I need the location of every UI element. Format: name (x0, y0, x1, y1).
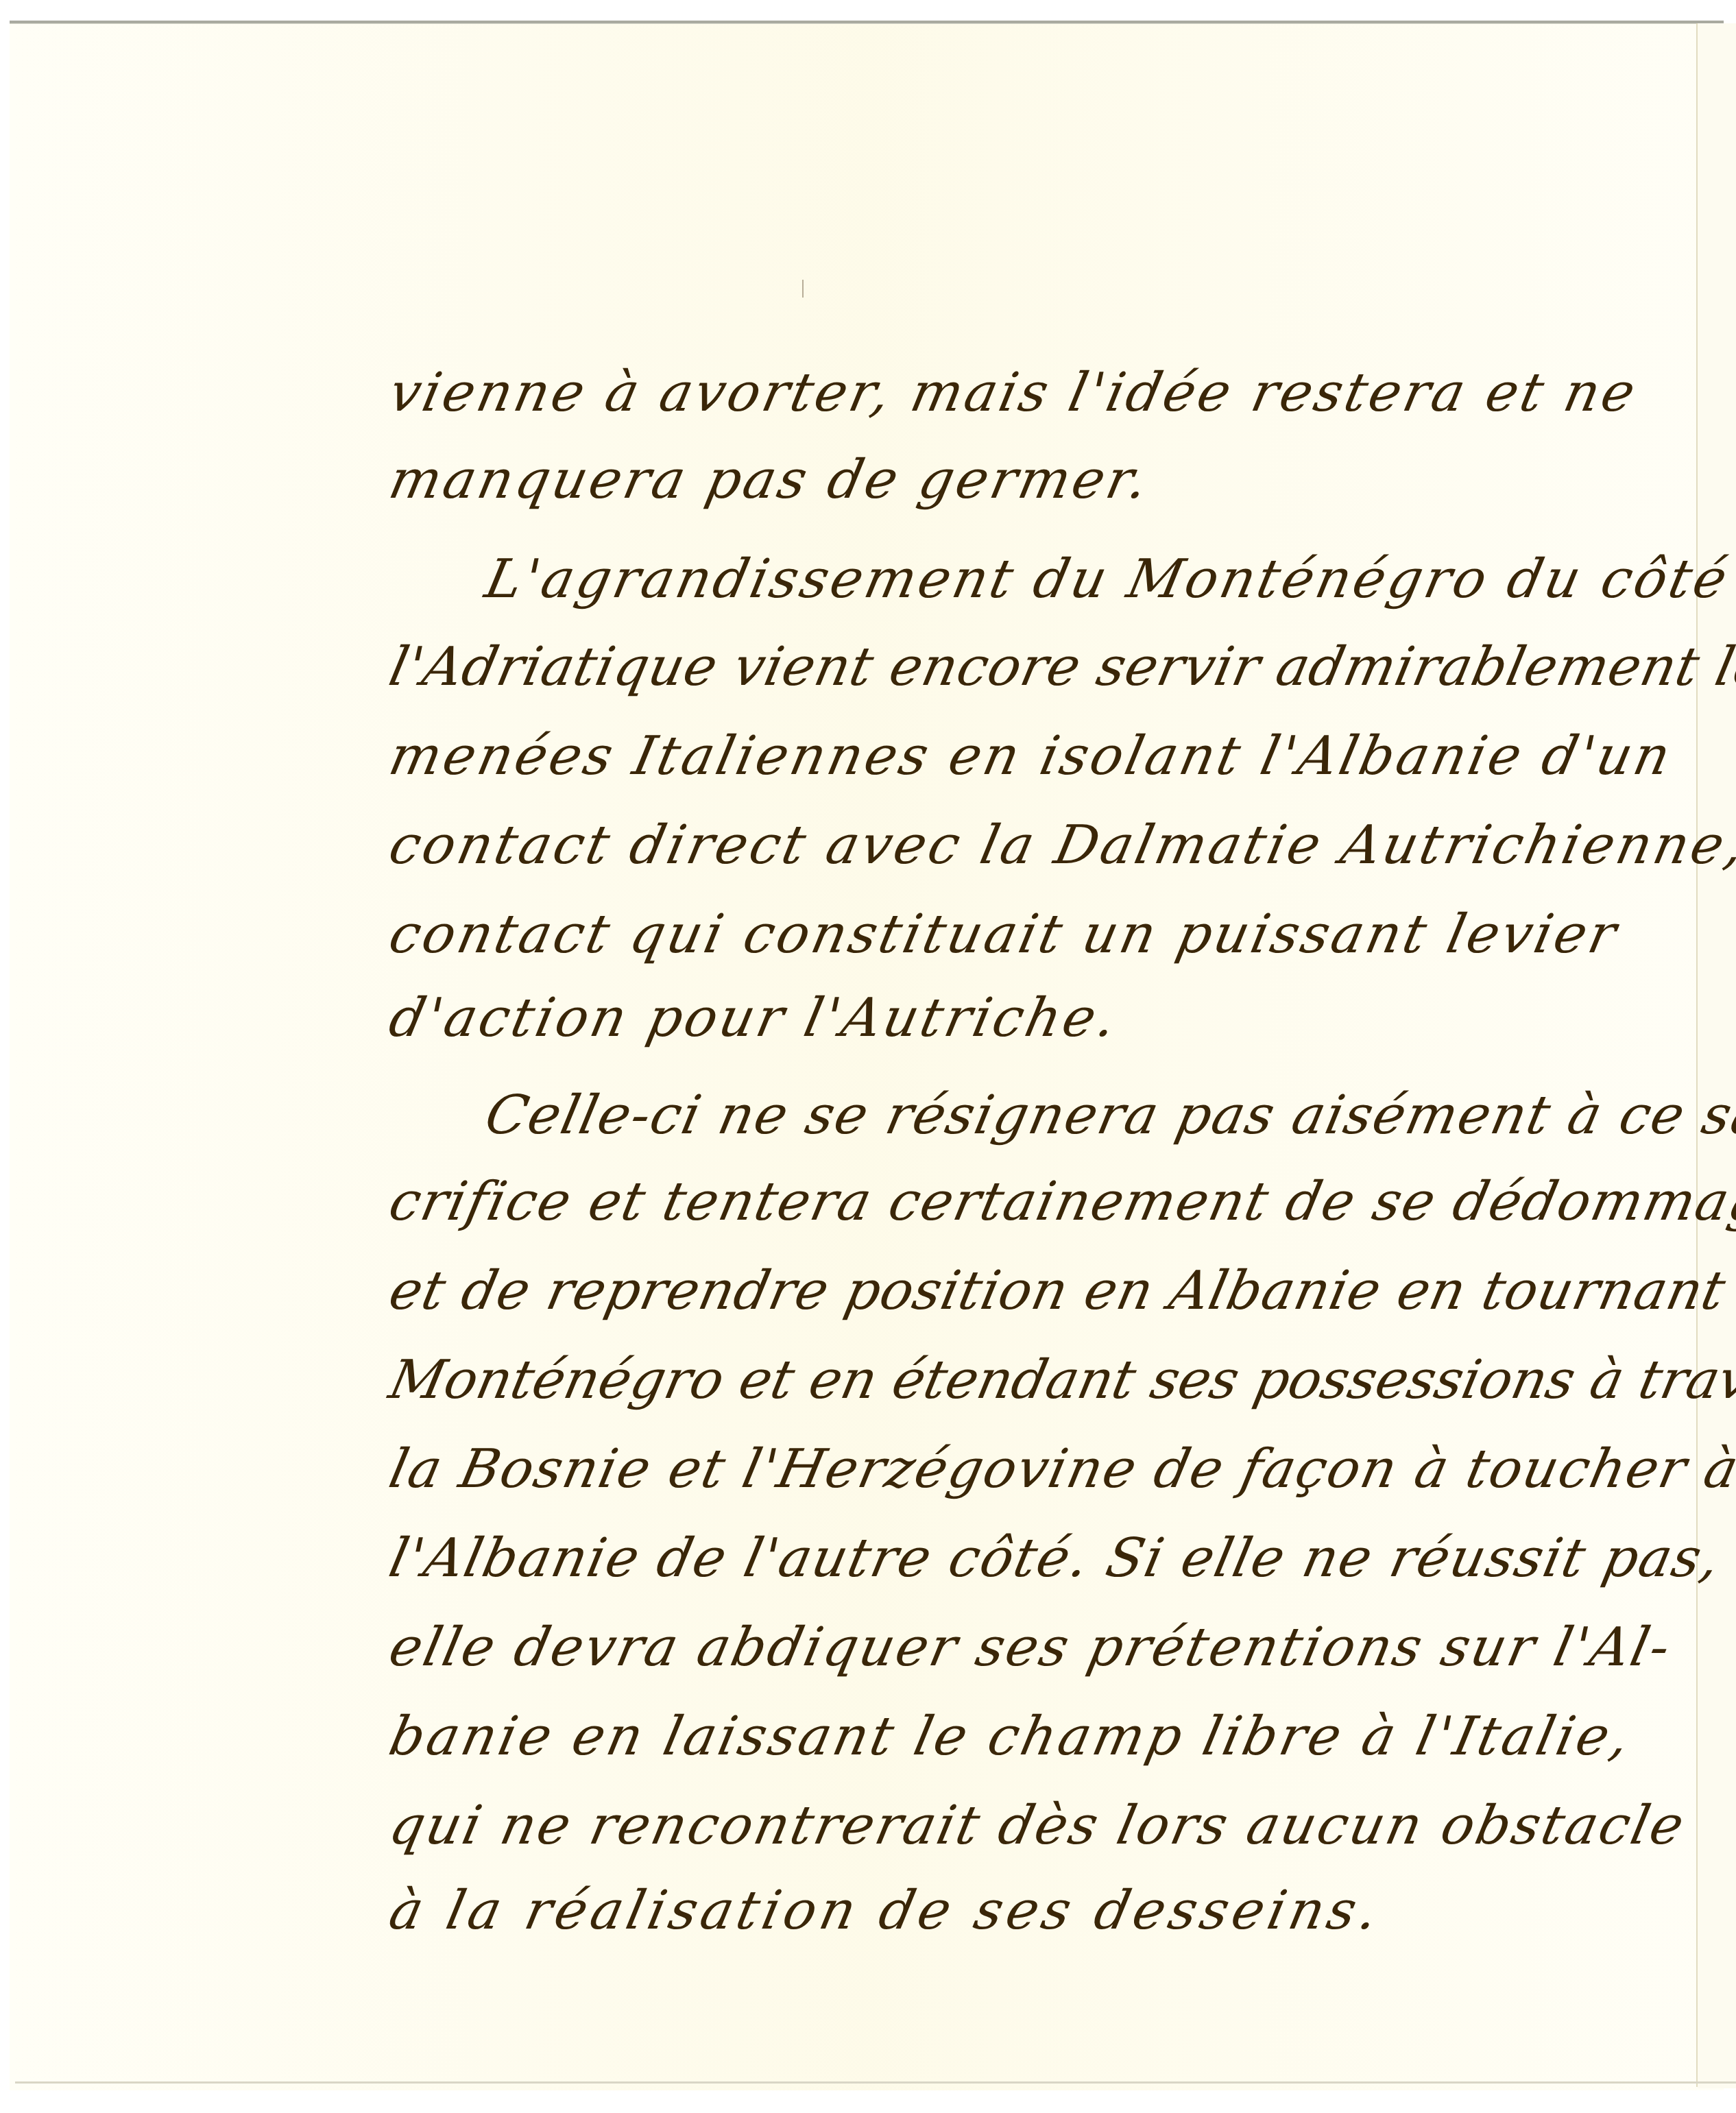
manuscript-line: vienne à avorter, mais l'idée restera et… (384, 362, 1700, 424)
manuscript-line: menées Italiennes en isolant l'Albanie d… (384, 725, 1678, 787)
manuscript-line: banie en laissant le champ libre à l'Ita… (384, 1706, 1637, 1767)
manuscript-line: et de reprendre position en Albanie en t… (384, 1260, 1736, 1322)
manuscript-line: à la réalisation de ses desseins. (384, 1880, 1388, 1942)
manuscript-line: contact direct avec la Dalmatie Autrichi… (384, 814, 1736, 876)
manuscript-line: crifice et tentera certainement de se dé… (384, 1171, 1736, 1233)
manuscript-line: l'Adriatique vient encore servir admirab… (384, 636, 1736, 698)
manuscript-line: contact qui constituait un puissant levi… (384, 904, 1624, 965)
manuscript-line: la Bosnie et l'Herzégovine de façon à to… (384, 1438, 1736, 1500)
manuscript-line: l'Albanie de l'autre côté. Si elle ne ré… (384, 1528, 1726, 1589)
manuscript-line: elle devra abdiquer ses prétentions sur … (384, 1617, 1677, 1678)
manuscript-line: qui ne rencontrerait dès lors aucun obst… (384, 1795, 1691, 1857)
manuscript-line: Celle-ci ne se résignera pas aisément à … (480, 1085, 1736, 1146)
manuscript-line: d'action pour l'Autriche. (384, 987, 1124, 1049)
manuscript-line: Monténégro et en étendant ses possession… (384, 1349, 1736, 1411)
manuscript-line: L'agrandissement du Monténégro du côté d… (480, 548, 1736, 610)
manuscript-text: vienne à avorter, mais l'idée restera et… (0, 0, 1736, 2113)
manuscript-line: manquera pas de germer. (384, 449, 1156, 511)
